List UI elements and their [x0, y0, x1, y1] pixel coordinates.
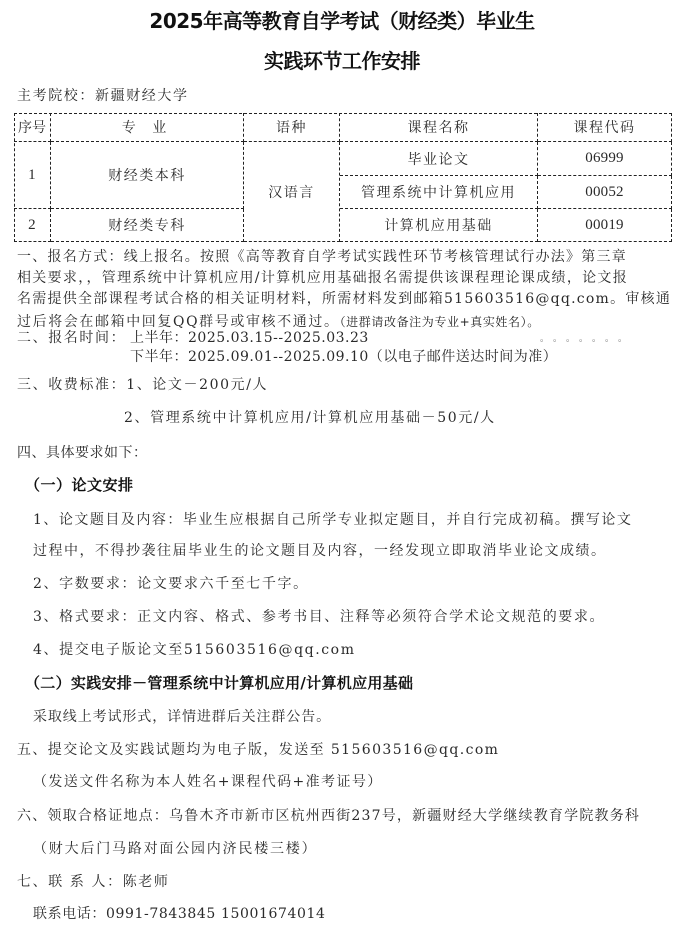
s4-sub2-text: 采取线上考试形式，详情进群后关注群公告。 — [33, 710, 331, 724]
s3-line2: 2、管理系统中计算机应用/计算机应用基础－50元/人 — [124, 411, 496, 425]
s2-dots: 。。。。。。。 — [540, 335, 636, 344]
s4-item1-line1: 1、论文题目及内容：毕业生应根据自己所学专业拟定题目，并自行完成初稿。撰写论文 — [33, 513, 632, 527]
header-course-name: 课程名称 — [340, 113, 538, 142]
language-cell: 汉语言 — [244, 142, 340, 242]
row1-index: 1 — [14, 142, 51, 209]
s5-line2: （发送文件名称为本人姓名+课程代码+准考证号） — [33, 775, 383, 789]
course-name-mis: 管理系统中计算机应用 — [340, 176, 538, 209]
s1-line1: 一、报名方式：线上报名。按照《高等教育自学考试实践性环节考核管理试行办法》第三章 — [17, 250, 627, 264]
s1-line4: 过后将会在邮箱中回复QQ群号或审核不通过。 — [17, 314, 340, 330]
s1-line2: 相关要求，，管理系统中计算机应用/计算机应用基础报名需提供该课程理论课成绩，论文… — [17, 271, 628, 285]
course-code-mis: 00052 — [538, 176, 672, 209]
document-title-line1: 2025年高等教育自学考试（财经类）毕业生 — [0, 11, 684, 31]
s2-second-half: 下半年：2025.09.01--2025.09.10（以电子邮件送达时间为准） — [130, 350, 557, 364]
course-code-thesis: 06999 — [538, 142, 672, 176]
header-major: 专 业 — [51, 113, 244, 142]
row2-major: 财经类专科 — [51, 209, 244, 242]
s1-line3: 名需提供全部课程考试合格的相关证明材料，所需材料发到邮箱515603516@qq… — [17, 292, 671, 306]
s7-contact: 七、联 系 人：陈老师 — [17, 875, 170, 889]
s4-item1-line2: 过程中，不得抄袭往届毕业生的论文题目及内容，一经发现立即取消毕业论文成绩。 — [33, 544, 607, 558]
s4-sub1-title: （一）论文安排 — [25, 478, 134, 493]
document-title-line2: 实践环节工作安排 — [0, 51, 684, 71]
s4-item3: 3、格式要求：正文内容、格式、参考书目、注释等必须符合学术论文规范的要求。 — [33, 610, 605, 624]
s6-line2: （财大后门马路对面公园内济民楼三楼） — [33, 842, 317, 856]
s3-line1: 三、收费标准：1、论文－200元/人 — [17, 378, 268, 392]
s4-label: 四、具体要求如下： — [17, 446, 148, 460]
s7-phone: 联系电话：0991-7843845 15001674014 — [33, 907, 326, 921]
host-school: 主考院校：新疆财经大学 — [17, 89, 189, 103]
course-code-computer-basics: 00019 — [538, 209, 672, 242]
s4-item2: 2、字数要求：论文要求六千至七千字。 — [33, 577, 309, 591]
s5-line1: 五、提交论文及实践试题均为电子版，发送至 515603516@qq.com — [17, 743, 499, 757]
course-name-computer-basics: 计算机应用基础 — [340, 209, 538, 242]
header-index: 序号 — [14, 113, 51, 142]
s1-note: （进群请改备注为专业+真实姓名）。 — [340, 315, 540, 329]
s2-first-half: 上半年：2025.03.15--2025.03.23 — [130, 331, 369, 345]
row2-index: 2 — [14, 209, 51, 242]
course-table: 序号 专 业 语种 课程名称 课程代码 1 财经类本科 汉语言 毕业论文 069… — [14, 113, 672, 242]
s2-label: 二、报名时间： — [17, 331, 126, 345]
course-name-thesis: 毕业论文 — [340, 142, 538, 176]
header-language: 语种 — [244, 113, 340, 142]
s6-line1: 六、领取合格证地点：乌鲁木齐市新市区杭州西街237号，新疆财经大学继续教育学院教… — [17, 809, 640, 823]
s4-item4: 4、提交电子版论文至515603516@qq.com — [33, 643, 356, 657]
s4-sub2-title: （二）实践安排－管理系统中计算机应用/计算机应用基础 — [25, 676, 413, 691]
row1-major: 财经类本科 — [51, 142, 244, 209]
header-course-code: 课程代码 — [538, 113, 672, 142]
